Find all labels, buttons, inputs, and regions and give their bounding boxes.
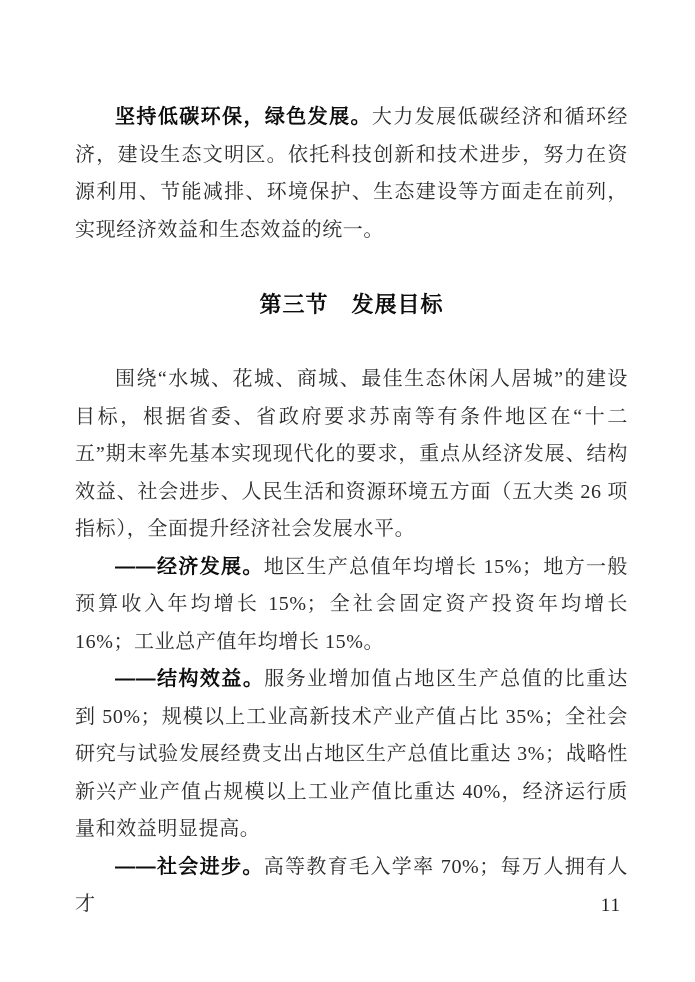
- paragraph-overview: 围绕“水城、花城、商城、最佳生态休闲人居城”的建设目标，根据省委、省政府要求苏南…: [75, 361, 628, 549]
- page-content: 坚持低碳环保，绿色发展。大力发展低碳经济和循环经济，建设生态文明区。依托科技创新…: [75, 99, 628, 924]
- paragraph-overview-text: 围绕“水城、花城、商城、最佳生态休闲人居城”的建设目标，根据省委、省政府要求苏南…: [75, 368, 628, 540]
- paragraph-structural-benefit-lead: ——结构效益。: [115, 668, 264, 690]
- paragraph-structural-benefit-text: 服务业增加值占地区生产总值的比重达到 50%；规模以上工业高新技术产业产值占比 …: [75, 668, 628, 840]
- paragraph-social-progress: ——社会进步。高等教育毛入学率 70%；每万人拥有人才: [75, 849, 628, 924]
- paragraph-economic-development-lead: ——经济发展。: [115, 556, 264, 578]
- paragraph-social-progress-lead: ——社会进步。: [115, 856, 264, 878]
- paragraph-intro: 坚持低碳环保，绿色发展。大力发展低碳经济和循环经济，建设生态文明区。依托科技创新…: [75, 99, 628, 249]
- document-page: 坚持低碳环保，绿色发展。大力发展低碳经济和循环经济，建设生态文明区。依托科技创新…: [0, 0, 695, 982]
- paragraph-intro-lead: 坚持低碳环保，绿色发展。: [115, 106, 372, 128]
- paragraph-economic-development: ——经济发展。地区生产总值年均增长 15%；地方一般预算收入年均增长 15%；全…: [75, 549, 628, 662]
- page-number: 11: [601, 895, 621, 917]
- paragraph-structural-benefit: ——结构效益。服务业增加值占地区生产总值的比重达到 50%；规模以上工业高新技术…: [75, 661, 628, 849]
- section-heading: 第三节 发展目标: [75, 286, 628, 324]
